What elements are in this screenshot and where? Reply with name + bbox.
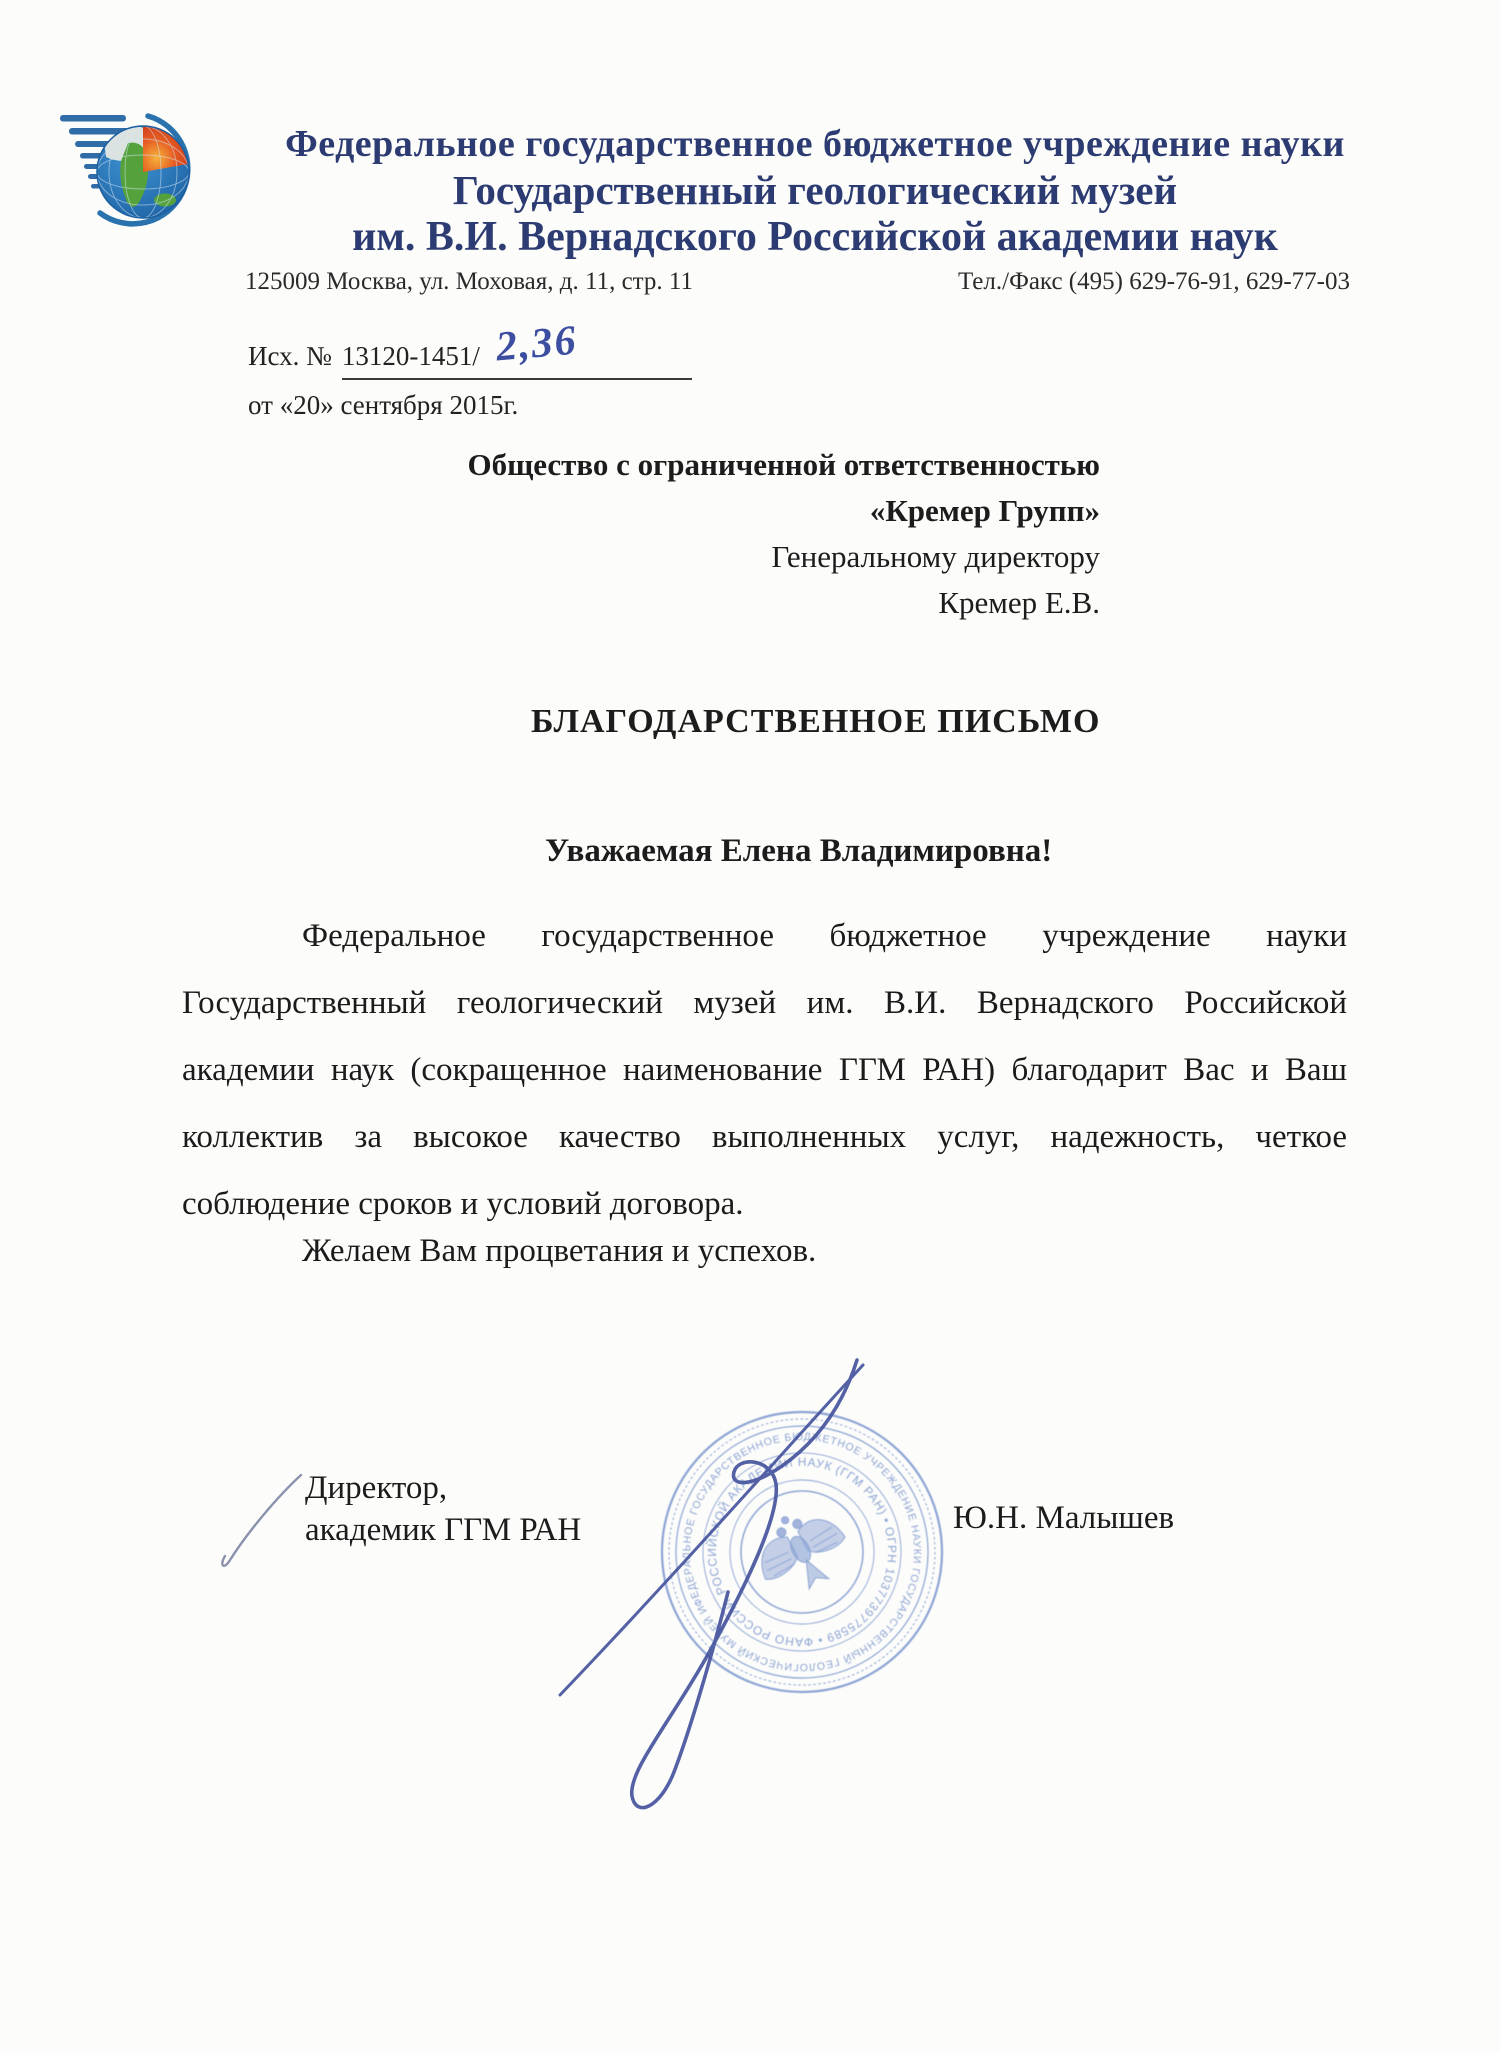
outgoing-number-handwritten: 2,36 xyxy=(494,317,579,372)
recipient-line-3: Генеральному директору xyxy=(467,534,1100,580)
signer-name: Ю.Н. Малышев xyxy=(953,1500,1174,1537)
letterhead-phone-fax: Тел./Факс (495) 629-76-91, 629-77-03 xyxy=(958,268,1350,296)
letter-date: от «20» сентября 2015г. xyxy=(248,390,692,421)
outgoing-number-value: 13120-1451/ xyxy=(342,341,480,371)
outgoing-number-label: Исх. № xyxy=(248,341,332,371)
globe-icon xyxy=(97,125,189,218)
body-paragraph-2: Желаем Вам процветания и успехов. xyxy=(182,1218,1347,1285)
letterhead-org-line-3: им. В.И. Вернадского Российской академии… xyxy=(190,213,1440,261)
letterhead: Федеральное государственное бюджетное уч… xyxy=(190,122,1440,261)
scanned-letter-page: Федеральное государственное бюджетное уч… xyxy=(0,0,1500,2053)
recipient-line-4: Кремер Е.В. xyxy=(467,580,1100,626)
letterhead-address: 125009 Москва, ул. Моховая, д. 11, стр. … xyxy=(245,268,693,296)
letter-title: БЛАГОДАРСТВЕННОЕ ПИСЬМО xyxy=(531,703,1100,741)
recipient-block: Общество с ограниченной ответственностью… xyxy=(467,442,1100,626)
signature-ink xyxy=(520,1340,920,1820)
recipient-line-1: Общество с ограниченной ответственностью xyxy=(467,442,1100,488)
reference-block: Исх. №13120-1451/2,36 от «20» сентября 2… xyxy=(248,328,692,421)
letterhead-org-line-1: Федеральное государственное бюджетное уч… xyxy=(190,122,1440,167)
salutation: Уважаемая Елена Владимировна! xyxy=(545,833,1052,870)
letterhead-contacts: 125009 Москва, ул. Моховая, д. 11, стр. … xyxy=(245,268,1350,296)
letterhead-org-line-2: Государственный геологический музей xyxy=(190,167,1440,213)
recipient-line-2: «Кремер Групп» xyxy=(467,488,1100,534)
body-paragraph-1: Федеральное государственное бюджетное уч… xyxy=(182,903,1347,1238)
signature-position-line-1: Директор, xyxy=(305,1470,447,1507)
pen-mark xyxy=(205,1465,315,1575)
